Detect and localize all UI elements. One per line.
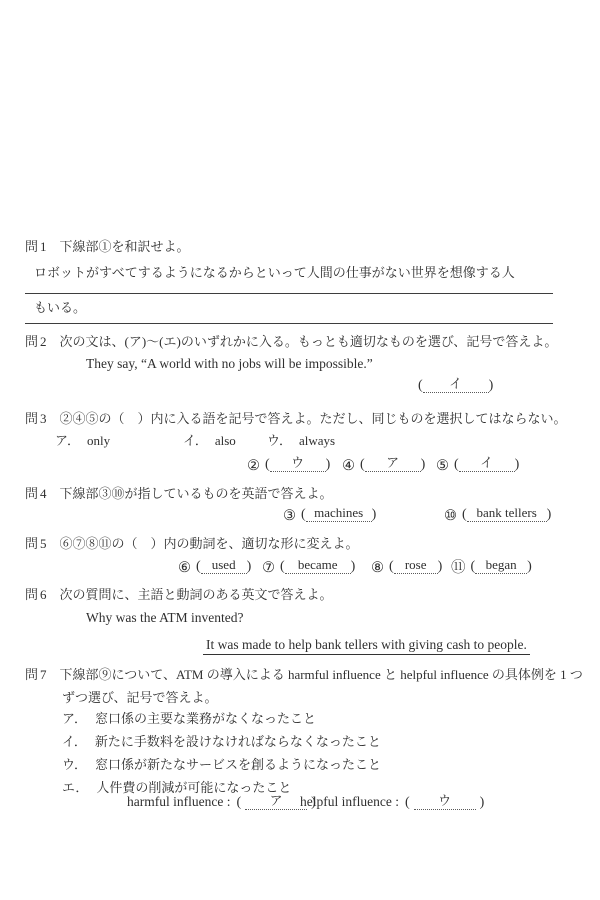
q3-answer-5-num: ⑤	[436, 459, 449, 474]
paren-close: )	[547, 508, 552, 522]
question-6-header: 問6 次の質問に、主語と動詞のある英文で答えよ。	[25, 584, 333, 603]
q3-option-a: ア．only	[55, 430, 110, 449]
paren-close: )	[489, 379, 494, 393]
paren-close: )	[247, 560, 252, 574]
question-7-label: 問7	[25, 664, 49, 683]
q7-choice-i-text: 新たに手数料を設けなければならなくなったこと	[95, 734, 381, 749]
q5-answer-11-slot: began	[475, 558, 527, 574]
question-5-header: 問5 ⑥⑦⑧⑪の（ ）内の動詞を、適切な形に変えよ。	[25, 533, 359, 552]
q3-option-a-key: ア．	[55, 433, 80, 448]
q7-choice-u-text: 窓口係が新たなサービスを創るようになったこと	[95, 757, 381, 772]
question-3-label: 問3	[25, 408, 49, 427]
question-1-prompt: 下線部①を和訳せよ。	[60, 236, 190, 255]
q4-answer-10: ⑩ ( bank tellers )	[444, 506, 551, 522]
q3-answer-4: ④ ( ア )	[342, 456, 425, 472]
q4-answer-10-slot: bank tellers	[467, 506, 547, 522]
question-6-label: 問6	[25, 584, 49, 603]
q3-option-i-key: イ．	[183, 433, 208, 448]
q3-answer-2-slot: ウ	[270, 456, 326, 472]
q7-choice-i-key: イ．	[62, 734, 87, 749]
q7-helpful-slot: ウ	[414, 794, 476, 810]
q3-answer-5-slot: イ	[459, 456, 515, 472]
q1-answer-text-1: ロボットがすべてするようになるからといって人間の仕事がない世界を想像する人	[34, 265, 515, 280]
q5-answer-7: ⑦ ( became )	[262, 558, 355, 574]
paren-close: )	[372, 508, 377, 522]
q3-option-u: ウ．always	[267, 430, 335, 449]
q5-answer-8-num: ⑧	[371, 561, 384, 576]
q7-harmful-label: harmful influence :	[127, 794, 230, 810]
question-4-header: 問4 下線部③⑩が指しているものを英語で答えよ。	[25, 483, 333, 502]
q3-option-i: イ．also	[183, 430, 236, 449]
q7-harmful-slot: ア	[245, 794, 307, 810]
q7-helpful-result: helpful influence : ( ウ )	[300, 794, 484, 810]
question-7-prompt-line2: ずつ選び、記号で答えよ。	[62, 687, 217, 706]
question-2-header: 問2 次の文は、(ア)～(エ)のいずれかに入る。もっとも適切なものを選び、記号で…	[25, 331, 557, 350]
q1-answer-line-2: もいる。	[25, 297, 553, 324]
q5-answer-6-slot: used	[201, 558, 247, 574]
paren-close: )	[351, 560, 356, 574]
q1-answer-line-1: ロボットがすべてするようになるからといって人間の仕事がない世界を想像する人	[25, 262, 553, 294]
question-1-header: 問1 下線部①を和訳せよ。	[25, 236, 190, 255]
question-6-prompt: 次の質問に、主語と動詞のある英文で答えよ。	[60, 584, 333, 603]
q3-answer-4-num: ④	[342, 459, 355, 474]
q2-quote: They say, “A world with no jobs will be …	[86, 356, 373, 372]
paren-open: (	[405, 796, 410, 810]
q4-answer-3-num: ③	[283, 509, 296, 524]
question-1-label: 問1	[25, 236, 49, 255]
q4-answer-10-num: ⑩	[444, 509, 457, 524]
q5-answer-8-slot: rose	[394, 558, 438, 574]
q7-choice-a: ア．窓口係の主要な業務がなくなったこと	[62, 708, 316, 727]
q7-choice-a-text: 窓口係の主要な業務がなくなったこと	[95, 711, 316, 726]
question-4-prompt: 下線部③⑩が指しているものを英語で答えよ。	[60, 483, 333, 502]
question-3-header: 問3 ②④⑤の（ ）内に入る語を記号で答えよ。ただし、同じものを選択してはならな…	[25, 408, 567, 427]
question-7-header: 問7 下線部⑨について、ATM の導入による harmful influence…	[25, 664, 583, 683]
q3-answer-2: ② ( ウ )	[247, 456, 330, 472]
q5-answer-8: ⑧ ( rose )	[371, 558, 442, 574]
q6-answer: It was made to help bank tellers with gi…	[203, 637, 530, 653]
paren-close: )	[515, 458, 520, 472]
q5-answer-6-num: ⑥	[178, 561, 191, 576]
question-5-label: 問5	[25, 533, 49, 552]
q3-option-u-key: ウ．	[267, 433, 292, 448]
q2-answer: ( イ )	[418, 377, 493, 393]
q3-option-a-text: only	[87, 433, 110, 448]
q7-helpful-label: helpful influence :	[300, 794, 399, 810]
question-3-prompt: ②④⑤の（ ）内に入る語を記号で答えよ。ただし、同じものを選択してはならない。	[60, 408, 567, 427]
question-2-prompt: 次の文は、(ア)～(エ)のいずれかに入る。もっとも適切なものを選び、記号で答えよ…	[60, 331, 558, 350]
q5-answer-7-slot: became	[285, 558, 351, 574]
q4-answer-3: ③ ( machines )	[283, 506, 376, 522]
q7-choice-e-key: エ．	[62, 780, 88, 795]
q7-choice-a-key: ア．	[62, 711, 87, 726]
q2-answer-slot: イ	[423, 377, 489, 393]
q3-option-i-text: also	[215, 433, 236, 448]
question-4-label: 問4	[25, 483, 49, 502]
paren-close: )	[480, 796, 485, 810]
q7-choice-i: イ．新たに手数料を設けなければならなくなったこと	[62, 731, 381, 750]
q4-answer-3-slot: machines	[306, 506, 372, 522]
q7-choice-e-text: 人件費の削減が可能になったこと	[96, 780, 291, 795]
q7-choice-u-key: ウ．	[62, 757, 87, 772]
paren-open: (	[236, 796, 241, 810]
answer-sheet-page: 問1 下線部①を和訳せよ。 ロボットがすべてするようになるからといって人間の仕事…	[0, 0, 600, 900]
question-7-prompt-line1: 下線部⑨について、ATM の導入による harmful influence と …	[60, 664, 583, 683]
q5-answer-11: ⑪ ( began )	[451, 558, 532, 574]
q7-choice-u: ウ．窓口係が新たなサービスを創るようになったこと	[62, 754, 381, 773]
q1-answer-text-2: もいる。	[34, 300, 86, 315]
question-5-prompt: ⑥⑦⑧⑪の（ ）内の動詞を、適切な形に変えよ。	[60, 533, 359, 552]
q7-harmful-result: harmful influence : ( ア )	[127, 794, 316, 810]
paren-close: )	[527, 560, 532, 574]
paren-close: )	[421, 458, 426, 472]
q3-option-u-text: always	[299, 433, 335, 448]
q5-answer-11-num: ⑪	[451, 561, 466, 576]
q3-answer-4-slot: ア	[365, 456, 421, 472]
q3-answer-2-num: ②	[247, 459, 260, 474]
paren-close: )	[438, 560, 443, 574]
paren-close: )	[326, 458, 331, 472]
question-2-label: 問2	[25, 331, 49, 350]
q6-question: Why was the ATM invented?	[86, 610, 243, 626]
q5-answer-7-num: ⑦	[262, 561, 275, 576]
q3-answer-5: ⑤ ( イ )	[436, 456, 519, 472]
q6-answer-text: It was made to help bank tellers with gi…	[203, 637, 530, 655]
q5-answer-6: ⑥ ( used )	[178, 558, 251, 574]
